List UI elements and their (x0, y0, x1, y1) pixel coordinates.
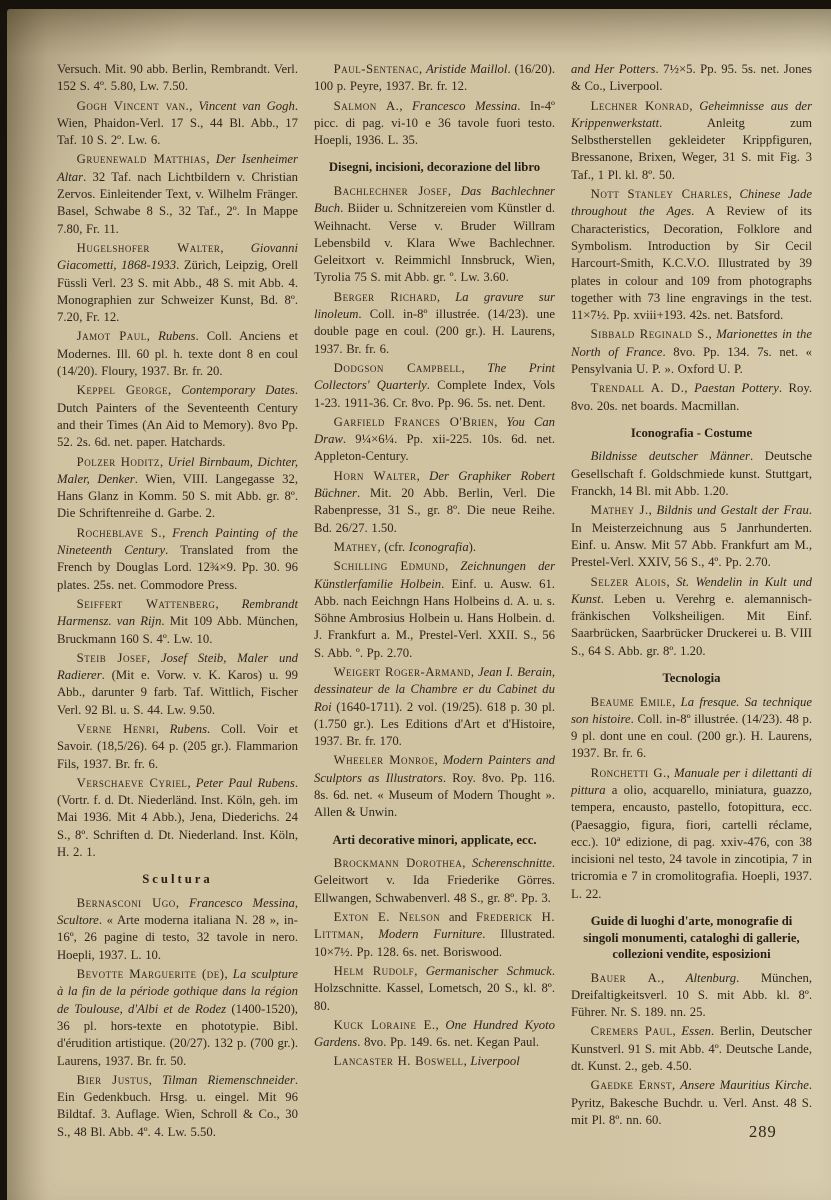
entry-text: , (cfr. (377, 540, 408, 554)
entry-text: , (462, 856, 472, 870)
section-heading: Disegni, incisioni, decorazione del libr… (318, 159, 551, 176)
entry-title: Germanischer Schmuck (426, 964, 552, 978)
entry-author: Selzer Alois (591, 575, 667, 589)
entry-author: Seiffert Wattenberg (77, 597, 216, 611)
entry-author: Cremers Paul (591, 1024, 673, 1038)
bibliography-entry: Bachlechner Josef, Das Bachlechner Buch.… (314, 183, 555, 287)
bibliography-entry: Polzer Hoditz, Uriel Birnbaum, Dichter, … (57, 454, 298, 523)
bibliography-entry: Bernasconi Ugo, Francesco Messina, Scult… (57, 895, 298, 964)
entry-author: Keppel George (77, 383, 168, 397)
entry-title: Bildnisse deutscher Männer (591, 449, 750, 463)
entry-author: Bevotte Marguerite (de) (77, 967, 225, 981)
entry-text: , (156, 722, 170, 736)
entry-text: , (419, 62, 426, 76)
page-number: 289 (749, 1122, 777, 1142)
entry-text: . Biider u. Schnitzereien vom Künstler d… (314, 201, 555, 284)
entry-author: Verne Henri (77, 722, 156, 736)
entry-author: Rocheblave S. (77, 526, 162, 540)
entry-author: Berger Richard (334, 290, 437, 304)
bibliography-entry: Beaume Emile, La fresque. Sa technique s… (571, 694, 812, 763)
entry-title: Scherenschnitte (472, 856, 552, 870)
entry-text: , (684, 381, 694, 395)
entry-title: Iconografia (409, 540, 469, 554)
bibliography-entry: Bauer A., Altenburg. München, Dreifaltig… (571, 970, 812, 1022)
entry-author: Jamot Paul (77, 329, 147, 343)
bibliography-entry: Verne Henri, Rubens. Coll. Voir et Savoi… (57, 721, 298, 773)
entry-author: Kuck Loraine E. (334, 1018, 436, 1032)
entry-text: . 32 Taf. nach Lichtbildern v. Christian… (57, 170, 298, 236)
bibliography-entry: and Her Potters. 7½×5. Pp. 95. 5s. net. … (571, 61, 812, 96)
entry-author: Paul-Sentenac (334, 62, 419, 76)
entry-author: Polzer Hoditz (77, 455, 160, 469)
entry-author: Garfield Frances O'Brien (334, 415, 495, 429)
entry-title: Tilman Riemenschneider (162, 1073, 295, 1087)
entry-text: , (689, 99, 699, 113)
bibliography-entry: Seiffert Wattenberg, Rembrandt Harmensz.… (57, 596, 298, 648)
entry-text: and (440, 910, 476, 924)
bibliography-entry: Ronchetti G., Manuale per i dilettanti d… (571, 765, 812, 903)
entry-text: , (471, 665, 478, 679)
entry-title: Bildnis und Gestalt der Frau (656, 503, 808, 517)
entry-title: Ansere Mauritius Kirche (680, 1078, 809, 1092)
entry-text: , (461, 361, 487, 375)
entry-title: Altenburg (686, 971, 736, 985)
entry-text: , (494, 415, 506, 429)
text-columns: Versuch. Mit. 90 abb. Berlin, Rembrandt.… (57, 61, 813, 1143)
column-middle: Paul-Sentenac, Aristide Maillol. (16/20)… (314, 61, 555, 1143)
section-heading: Iconografia - Costume (575, 425, 808, 442)
entry-text: , (149, 1073, 162, 1087)
entry-text: , (206, 152, 215, 166)
entry-text: , (667, 766, 674, 780)
entry-text: , (672, 1078, 680, 1092)
entry-author: Sibbald Reginald S. (591, 327, 709, 341)
entry-title: Peter Paul Rubens (196, 776, 295, 790)
bibliography-entry: Trendall A. D., Paestan Pottery. Roy. 8v… (571, 380, 812, 415)
entry-author: Bachlechner Josef (334, 184, 448, 198)
bibliography-entry: Steib Josef, Josef Steib, Maler und Radi… (57, 650, 298, 719)
entry-text: , (448, 184, 461, 198)
entry-title: Rubens (170, 722, 207, 736)
entry-text: , (225, 967, 233, 981)
bibliography-entry: Wheeler Monroe, Modern Painters and Scul… (314, 752, 555, 821)
bibliography-entry: Gruenewald Matthias, Der Isenheimer Alta… (57, 151, 298, 237)
entry-text: , (414, 964, 426, 978)
entry-title: Rubens (158, 329, 195, 343)
entry-text: , (437, 290, 455, 304)
entry-title: Paestan Pottery (694, 381, 779, 395)
bibliography-entry: Garfield Frances O'Brien, You Can Draw. … (314, 414, 555, 466)
entry-author: Gogh Vincent van. (77, 99, 190, 113)
bibliography-entry: Brockmann Dorothea, Scherenschnitte. Gel… (314, 855, 555, 907)
entry-text: ). (469, 540, 476, 554)
entry-author: Beaume Emile (591, 695, 673, 709)
entry-author: Exton E. Nelson (334, 910, 441, 924)
entry-text: , (729, 187, 740, 201)
entry-text: . 9¼×6¼. Pp. xii-225. 10s. 6d. net. Appl… (314, 432, 555, 463)
entry-text: , (220, 241, 250, 255)
section-heading: Guide di luoghi d'arte, monografie di si… (575, 913, 808, 963)
entry-author: Lancaster H. Boswell (334, 1054, 464, 1068)
entry-text: , (672, 695, 680, 709)
entry-author: Verschaeve Cyriel (77, 776, 188, 790)
bibliography-entry: Bevotte Marguerite (de), La sculpture à … (57, 966, 298, 1070)
entry-text: , (434, 753, 442, 767)
bibliography-entry: Lancaster H. Boswell, Liverpool (314, 1053, 555, 1070)
entry-author: Helm Rudolf (334, 964, 415, 978)
entry-text: (1640-1711). 2 vol. (19/25). 618 p. 30 p… (314, 700, 555, 749)
entry-text: , (399, 99, 412, 113)
entry-title: Contemporary Dates (181, 383, 295, 397)
bibliography-entry: Cremers Paul, Essen. Berlin, Deutscher K… (571, 1023, 812, 1075)
entry-text: Versuch. Mit. 90 abb. Berlin, Rembrandt.… (57, 62, 298, 93)
entry-author: Nott Stanley Charles (591, 187, 729, 201)
entry-text: . A Review of its Characteristics, Decor… (571, 204, 812, 322)
entry-author: Gaedke Ernst (591, 1078, 672, 1092)
entry-text: , (176, 896, 189, 910)
entry-text: , (215, 597, 241, 611)
entry-author: Mathey (334, 540, 378, 554)
entry-text: a olio, acquarello, miniatura, guazzo, t… (571, 783, 812, 901)
entry-author: Horn Walter (334, 469, 417, 483)
entry-author: Hugelshofer Walter (77, 241, 221, 255)
entry-text: . 8vo. Pp. 149. 6s. net. Kegan Paul. (357, 1035, 539, 1049)
entry-text: . Leben u. Verehrg e. alemannisch-fränki… (571, 592, 812, 658)
entry-title: Liverpool (470, 1054, 519, 1068)
entry-text: , (160, 455, 168, 469)
entry-text: , (661, 971, 686, 985)
bibliography-entry: Berger Richard, La gravure sur linoleum.… (314, 289, 555, 358)
entry-author: Steib Josef (77, 651, 147, 665)
entry-author: Brockmann Dorothea (334, 856, 463, 870)
entry-title: Essen (681, 1024, 711, 1038)
entry-text: , (147, 329, 158, 343)
entry-author: Salmon A. (334, 99, 400, 113)
bibliography-entry: Mathey J., Bildnis und Gestalt der Frau.… (571, 502, 812, 571)
bibliography-entry: Verschaeve Cyriel, Peter Paul Rubens. (V… (57, 775, 298, 861)
entry-author: Mathey J. (591, 503, 649, 517)
bibliography-entry: Schilling Edmund, Zeichnungen der Künstl… (314, 558, 555, 662)
entry-author: Lechner Konrad (591, 99, 690, 113)
entry-author: Bier Justus (77, 1073, 149, 1087)
bibliography-entry: Helm Rudolf, Germanischer Schmuck. Holzs… (314, 963, 555, 1015)
entry-title: Modern Furniture (378, 927, 482, 941)
bibliography-entry: Versuch. Mit. 90 abb. Berlin, Rembrandt.… (57, 61, 298, 96)
entry-author: Schilling Edmund (334, 559, 445, 573)
entry-text: , (667, 575, 677, 589)
entry-title: Vincent van Gogh (198, 99, 294, 113)
bibliography-entry: Nott Stanley Charles, Chinese Jade throu… (571, 186, 812, 324)
entry-author: Wheeler Monroe (334, 753, 435, 767)
entry-author: Weigert Roger-Armand (334, 665, 471, 679)
entry-author: Dodgson Campbell (334, 361, 462, 375)
section-heading: Scultura (61, 871, 294, 888)
entry-text: , (360, 927, 378, 941)
entry-text: , (168, 383, 181, 397)
column-right: and Her Potters. 7½×5. Pp. 95. 5s. net. … (571, 61, 812, 1143)
scanned-page: Versuch. Mit. 90 abb. Berlin, Rembrandt.… (7, 9, 831, 1200)
bibliography-entry: Salmon A., Francesco Messina. In-4º picc… (314, 98, 555, 150)
bibliography-entry: Gogh Vincent van., Vincent van Gogh. Wie… (57, 98, 298, 150)
section-heading: Arti decorative minori, applicate, ecc. (318, 832, 551, 849)
entry-text: , (147, 651, 161, 665)
entry-author: Ronchetti G. (591, 766, 667, 780)
bibliography-entry: Kuck Loraine E., One Hundred Kyoto Garde… (314, 1017, 555, 1052)
entry-author: Bauer A. (591, 971, 661, 985)
entry-author: Bernasconi Ugo (77, 896, 176, 910)
bibliography-entry: Jamot Paul, Rubens. Coll. Anciens et Mod… (57, 328, 298, 380)
bibliography-entry: Selzer Alois, St. Wendelin in Kult und K… (571, 574, 812, 660)
entry-author: Trendall A. D. (591, 381, 685, 395)
bibliography-entry: Lechner Konrad, Geheimnisse aus der Krip… (571, 98, 812, 184)
bibliography-entry: Dodgson Campbell, The Print Collectors' … (314, 360, 555, 412)
bibliography-entry: Rocheblave S., French Painting of the Ni… (57, 525, 298, 594)
entry-text: , (417, 469, 430, 483)
entry-text: , (445, 559, 460, 573)
bibliography-entry: Bier Justus, Tilman Riemenschneider. Ein… (57, 1072, 298, 1141)
bibliography-entry: Bildnisse deutscher Männer. Deutsche Ges… (571, 448, 812, 500)
entry-text: , (436, 1018, 446, 1032)
entry-text: , (187, 776, 195, 790)
bibliography-entry: Weigert Roger-Armand, Jean I. Berain, de… (314, 664, 555, 750)
entry-title: Francesco Messina (412, 99, 517, 113)
entry-author: Gruenewald Matthias (77, 152, 207, 166)
bibliography-entry: Mathey, (cfr. Iconografia). (314, 539, 555, 556)
column-left: Versuch. Mit. 90 abb. Berlin, Rembrandt.… (57, 61, 298, 1143)
bibliography-entry: Keppel George, Contemporary Dates. Dutch… (57, 382, 298, 451)
entry-title: Aristide Maillol (426, 62, 507, 76)
bibliography-entry: Paul-Sentenac, Aristide Maillol. (16/20)… (314, 61, 555, 96)
entry-title: and Her Potters (571, 62, 655, 76)
bibliography-entry: Exton E. Nelson and Frederick H. Littman… (314, 909, 555, 961)
bibliography-entry: Sibbald Reginald S., Marionettes in the … (571, 326, 812, 378)
entry-text: , (162, 526, 172, 540)
bibliography-entry: Horn Walter, Der Graphiker Robert Büchne… (314, 468, 555, 537)
bibliography-entry: Hugelshofer Walter, Giovanni Giacometti,… (57, 240, 298, 326)
section-heading: Tecnologia (575, 670, 808, 687)
